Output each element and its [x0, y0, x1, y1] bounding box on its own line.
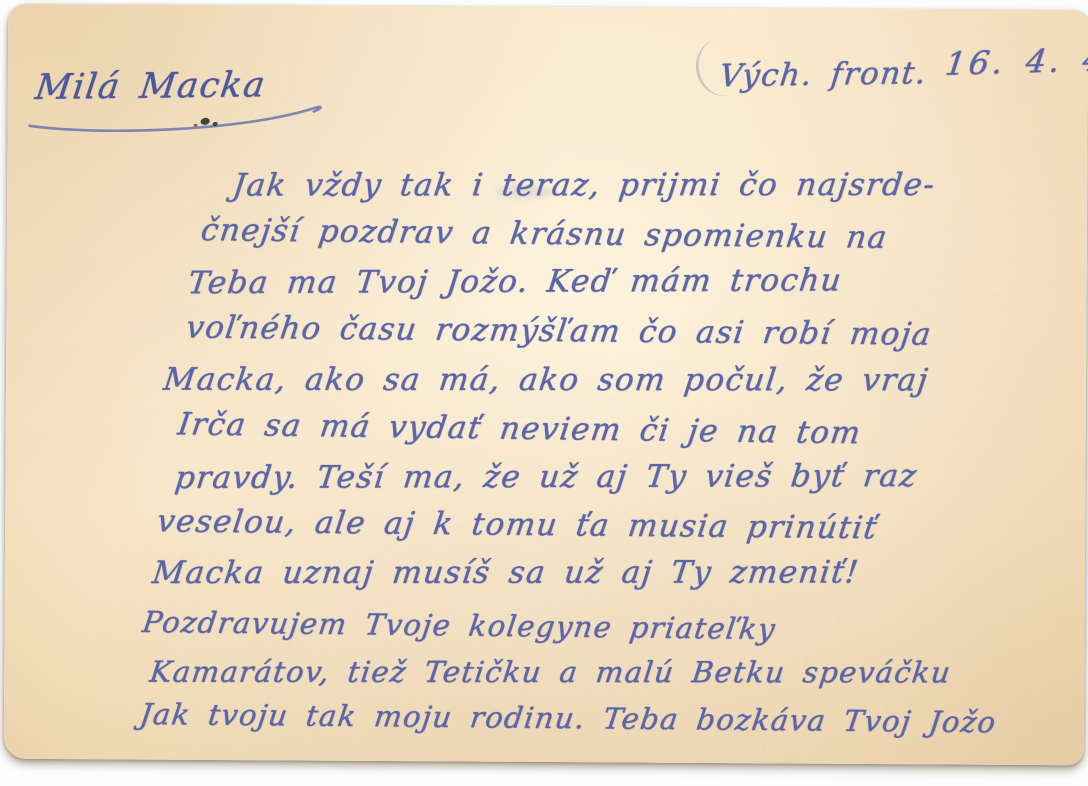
handwritten-line: Macka uznaj musíš sa už aj Ty zmeniť! — [150, 554, 861, 591]
date-text: 16. 4. 44. — [943, 39, 1088, 83]
handwritten-line: Macka, ako sa má, ako som počul, že vraj — [162, 362, 931, 399]
handwritten-line: Teba ma Tvoj Jožo. Keď mám trochu — [186, 262, 844, 301]
handwritten-line: veselou, ale aj k tomu ťa musia prinútiť — [155, 503, 880, 546]
handwritten-line: Jak vždy tak i teraz, prijmi čo najsrde- — [231, 167, 938, 204]
underline-flourish — [26, 96, 336, 138]
handwritten-line: Pozdravujem Tvoje kolegyne priateľky — [140, 605, 778, 646]
handwritten-line: pravdy. Teší ma, že už aj Ty vieš byť ra… — [173, 458, 920, 496]
handwritten-line: voľného času rozmýšľam čo asi robí moja — [184, 310, 934, 353]
postcard: Vých. front. 16. 4. 44. Milá Macka Jak v… — [4, 4, 1088, 766]
handwritten-line: čnejší pozdrav a krásnu spomienku na — [199, 212, 890, 256]
handwritten-line: Kamarátov, tiež Tetičku a malú Betku spe… — [148, 655, 953, 690]
handwritten-line: Jak tvoju tak moju rodinu. Teba bozkáva … — [138, 697, 999, 739]
postcard-scan: Vých. front. 16. 4. 44. Milá Macka Jak v… — [0, 0, 1088, 786]
handwritten-line: Irča sa má vydať neviem či je na tom — [176, 406, 864, 451]
